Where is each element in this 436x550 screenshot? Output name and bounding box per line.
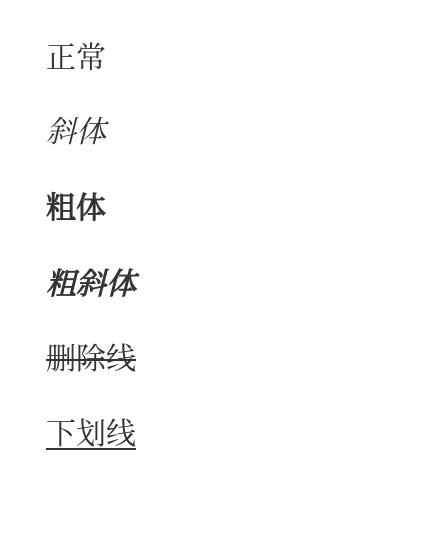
- text-bold-italic: 粗斜体: [46, 267, 136, 303]
- text-normal: 正常: [46, 41, 106, 77]
- text-italic: 斜体: [46, 115, 106, 151]
- text-underline: 下划线: [46, 417, 136, 453]
- text-strikethrough: 删除线: [46, 342, 136, 378]
- text-bold: 粗体: [46, 191, 106, 227]
